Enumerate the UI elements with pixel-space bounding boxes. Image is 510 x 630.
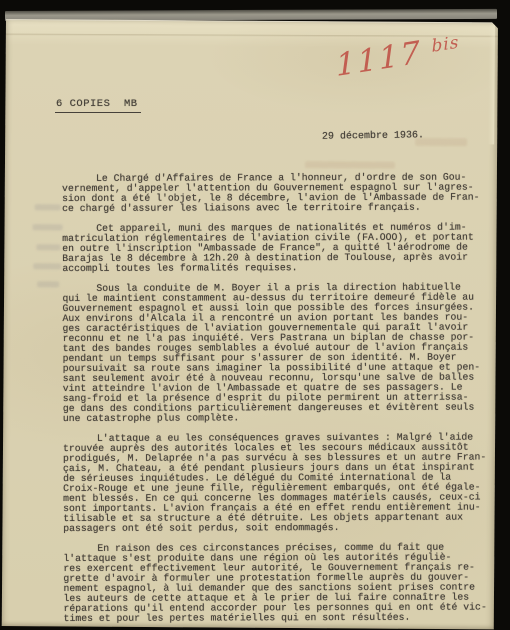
text-line: accompli toutes les formalités requises.	[62, 262, 502, 274]
paragraph: Cet appareil, muni des marques de nation…	[62, 222, 502, 274]
paragraph: Sous la conduite de M. Boyer il a pris l…	[62, 282, 502, 424]
under-page-edge	[488, 24, 495, 144]
paragraph: L'attaque a eu les conséquences graves s…	[63, 432, 503, 534]
bleedthrough-mark	[37, 281, 59, 287]
scanned-document-photo: { "page": { "colors": { "background": "#…	[0, 0, 510, 630]
bleedthrough-mark	[33, 263, 61, 269]
text-line: une catastrophe plus complète.	[63, 412, 503, 424]
bleedthrough-mark	[35, 204, 61, 210]
bleedthrough-mark	[305, 161, 395, 169]
date-line: 29 décembre 1936.	[322, 130, 424, 142]
text-line: ce chargé d'assurer les liaisons avec le…	[62, 202, 502, 214]
paragraph: En raison des ces circonstances précises…	[63, 542, 503, 624]
document-body: Le Chargé d'Affaires de France a l'honne…	[62, 172, 504, 630]
text-line: times et pour les pertes matérielles qui…	[64, 612, 504, 624]
bleedthrough-mark	[33, 224, 63, 230]
text-line: passagers ont été soit perdus, soit endo…	[63, 522, 503, 534]
handwritten-suffix: bis	[431, 32, 460, 56]
copies-note: 6 COPIES MB	[55, 98, 141, 113]
paragraph: Le Chargé d'Affaires de France a l'honne…	[62, 172, 502, 214]
top-right-corner-notch	[484, 20, 500, 32]
bleedthrough-mark	[36, 244, 60, 250]
